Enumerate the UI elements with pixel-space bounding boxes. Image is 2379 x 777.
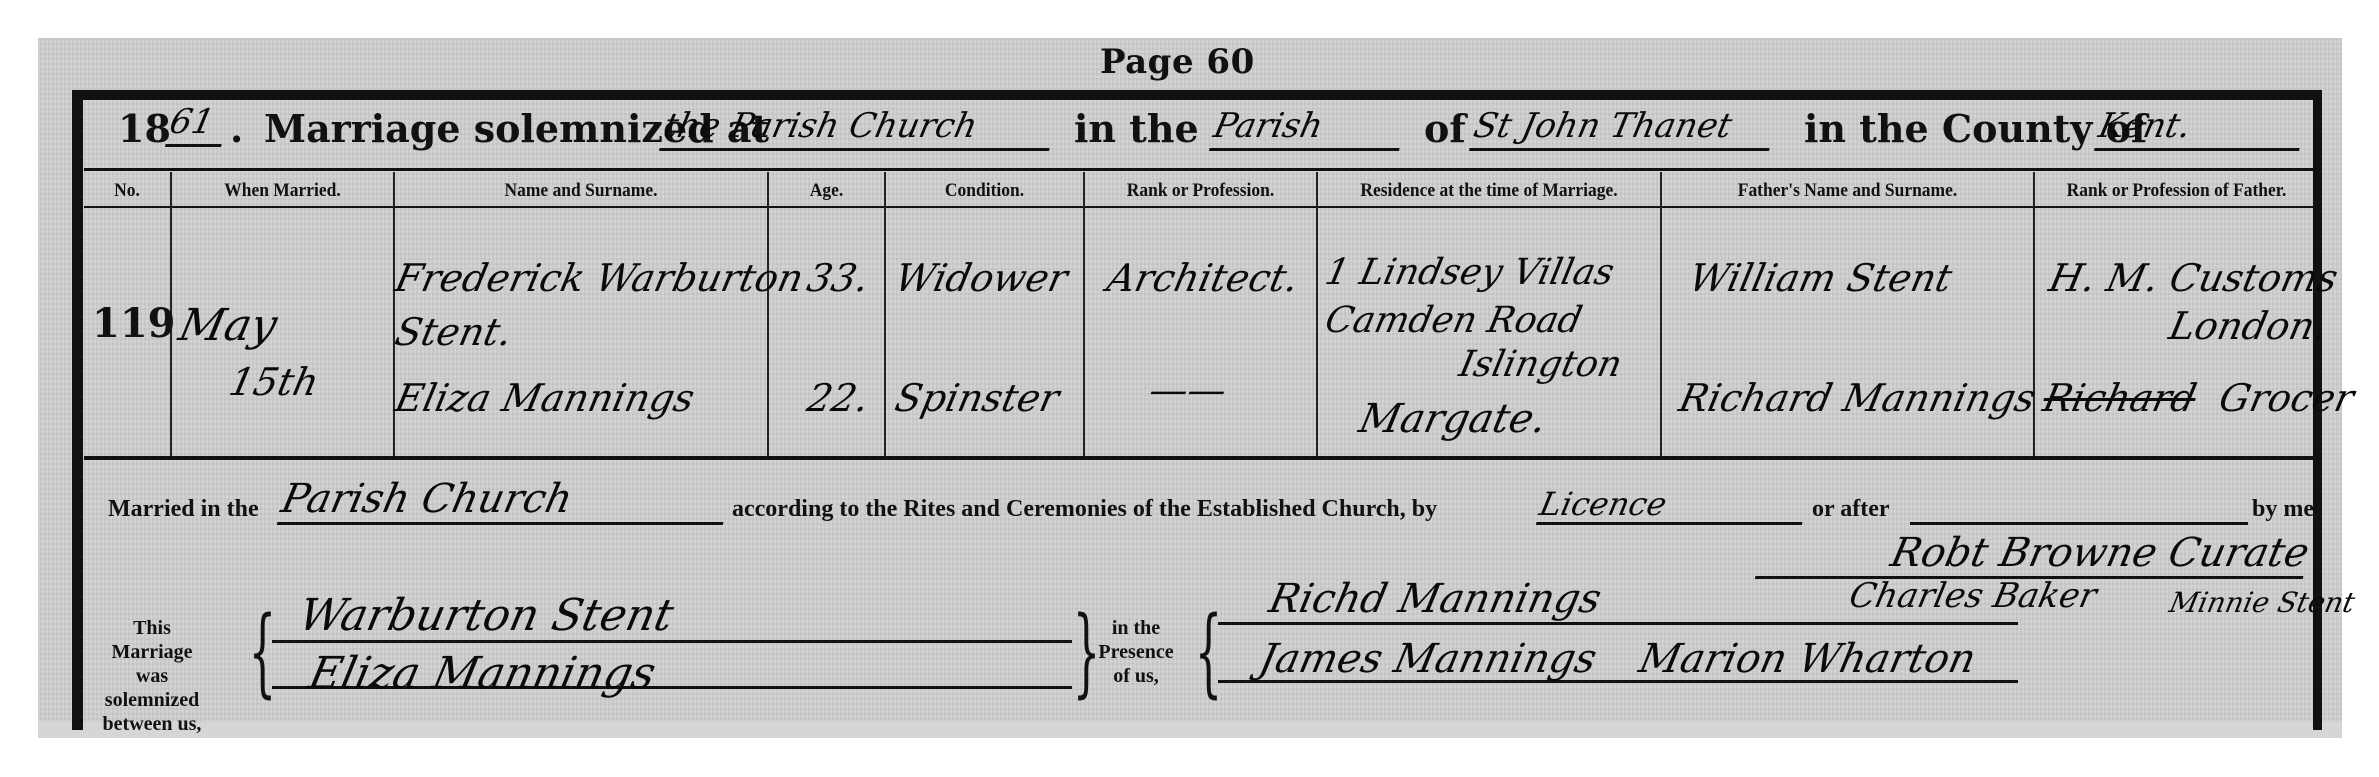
entry-number: 119 xyxy=(92,300,176,347)
witness-line-1 xyxy=(1218,622,2018,625)
when-married-day: 15th xyxy=(225,360,322,404)
column-divider xyxy=(1660,172,1662,456)
column-divider xyxy=(1316,172,1318,456)
title-underline-rule xyxy=(84,168,2318,171)
label-line: Presence xyxy=(1096,640,1176,664)
column-divider xyxy=(884,172,886,456)
bride-father-rank-struck: Richard xyxy=(2039,376,2200,420)
groom-father-rank-line1: H. M. Customs xyxy=(2045,256,2341,300)
text-or-after: or after xyxy=(1812,496,1890,523)
groom-signature: Warburton Stent xyxy=(295,590,678,641)
ceremony-by-field: Licence xyxy=(1536,486,1810,525)
bride-signature: Eliza Mannings xyxy=(305,648,661,699)
ceremony-or-after-field xyxy=(1910,486,2248,525)
text-of: of xyxy=(1424,106,1466,151)
groom-father-rank-line2: London. xyxy=(2165,304,2331,348)
groom-residence-line1: 1 Lindsey Villas xyxy=(1322,252,1618,293)
header-when-married: When Married. xyxy=(181,176,384,206)
text-in-the: in the xyxy=(1074,106,1199,151)
district-field: Parish xyxy=(1209,104,1409,151)
label-solemnized-between-us: This Marriage was solemnized between us, xyxy=(96,616,208,736)
label-line: of us, xyxy=(1096,664,1176,688)
place-field: the Parish Church xyxy=(659,104,1059,151)
header-no: No. xyxy=(87,176,166,206)
bride-rank: —— xyxy=(1145,368,1230,412)
bride-father-name: Richard Mannings xyxy=(1675,376,2039,420)
groom-condition: Widower xyxy=(891,256,1071,300)
groom-rank: Architect. xyxy=(1103,256,1302,300)
page-number: Page 60 xyxy=(1100,42,1255,82)
header-name-and-surname: Name and Surname. xyxy=(410,176,752,206)
label-line: This Marriage xyxy=(96,616,208,664)
bride-condition: Spinster xyxy=(891,376,1063,420)
groom-father-name: William Stent xyxy=(1685,256,1956,300)
header-residence: Residence at the time of Marriage. xyxy=(1332,176,1647,206)
ceremony-place-field: Parish Church xyxy=(277,476,733,525)
groom-age: 33. xyxy=(803,256,873,300)
label-in-the-presence-of-us: in the Presence of us, xyxy=(1096,616,1176,688)
label-line: between us, xyxy=(96,712,208,736)
officiant-signature: Robt Browne Curate xyxy=(1755,530,2313,579)
bride-name: Eliza Mannings xyxy=(391,376,698,420)
column-divider xyxy=(767,172,769,456)
header-father-name: Father's Name and Surname. xyxy=(1677,176,2018,206)
text-by-me: by me, xyxy=(2252,496,2320,523)
groom-residence-line2: Camden Road xyxy=(1322,300,1586,341)
year-prefix: 18 xyxy=(118,106,171,151)
brace-right-open: { xyxy=(1195,604,1222,700)
label-line: was solemnized xyxy=(96,664,208,712)
text-rites-and-ceremonies: according to the Rites and Ceremonies of… xyxy=(732,496,1437,523)
parish-field: St John Thanet xyxy=(1469,104,1779,151)
witness-5-signature: Marion Wharton xyxy=(1635,636,1980,682)
column-divider xyxy=(2033,172,2035,456)
groom-residence-line3: Islington xyxy=(1456,344,1626,385)
year-suffix: 61 xyxy=(165,100,231,147)
column-divider xyxy=(1083,172,1085,456)
witness-3-signature: Minnie Stent xyxy=(2166,586,2357,619)
county-field: Kent. xyxy=(2094,104,2309,151)
header-age: Age. xyxy=(774,176,880,206)
entry-bottom-rule xyxy=(84,456,2318,460)
label-line: in the xyxy=(1096,616,1176,640)
groom-name-line1: Frederick Warburton xyxy=(391,256,807,300)
header-rank-or-profession: Rank or Profession. xyxy=(1094,176,1307,206)
bride-residence: Margate. xyxy=(1355,396,1551,442)
header-bottom-rule xyxy=(84,206,2318,208)
header-father-rank: Rank or Profession of Father. xyxy=(2046,176,2306,206)
groom-name-line2: Stent. xyxy=(391,310,516,354)
witness-2-signature: Charles Baker xyxy=(1846,576,2100,616)
when-married-month: May xyxy=(175,300,282,351)
bride-age: 22. xyxy=(803,376,873,420)
text-married-in-the: Married in the xyxy=(108,496,259,523)
witness-1-signature: Richd Mannings xyxy=(1265,576,1605,622)
witness-4-signature: James Mannings xyxy=(1255,636,1601,682)
year-period: . xyxy=(230,106,243,151)
title-row: 18 61 . Marriage solemnized at the Paris… xyxy=(84,104,2318,160)
header-condition: Condition. xyxy=(894,176,1075,206)
bride-father-rank: Grocer xyxy=(2215,376,2358,420)
